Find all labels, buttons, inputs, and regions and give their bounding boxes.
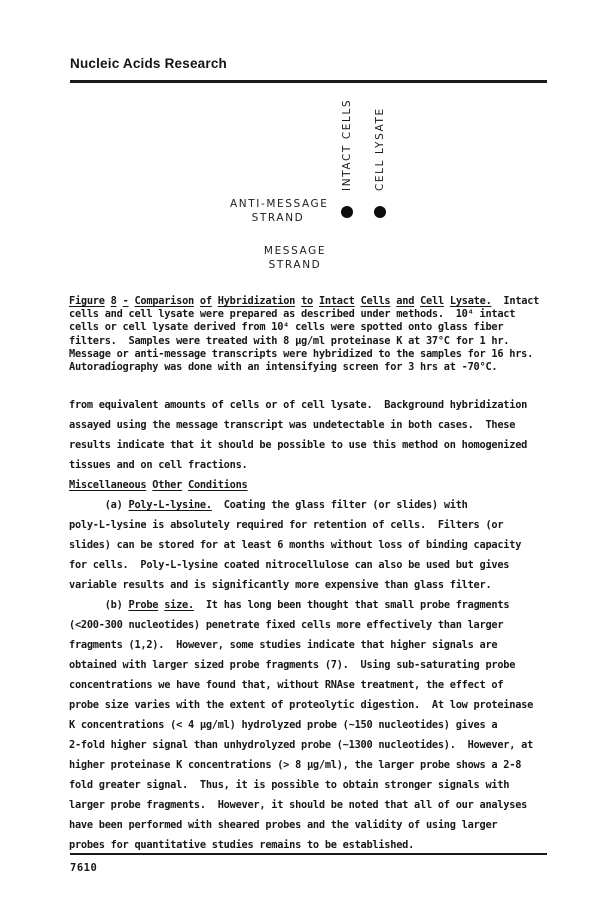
body-line: slides) can be stored for at least 6 mon… — [69, 535, 564, 555]
journal-title: Nucleic Acids Research — [70, 56, 227, 71]
body-line: probes for quantitative studies remains … — [69, 835, 564, 855]
row-label-line: STRAND — [230, 212, 326, 226]
body-line: tissues and on cell fractions. — [69, 455, 564, 475]
figure-caption: Figure 8 - Comparison of Hybridization t… — [69, 295, 559, 374]
body-line: from equivalent amounts of cells or of c… — [69, 395, 564, 415]
caption-line: Autoradiography was done with an intensi… — [69, 361, 559, 374]
body-line: larger probe fragments. However, it shou… — [69, 795, 564, 815]
body-line: (<200-300 nucleotides) penetrate fixed c… — [69, 615, 564, 635]
body-line: probe size varies with the extent of pro… — [69, 695, 564, 715]
body-line: concentrations we have found that, witho… — [69, 675, 564, 695]
body-line: fold greater signal. Thus, it is possibl… — [69, 775, 564, 795]
caption-line: cells or cell lysate derived from 10⁴ ce… — [69, 321, 559, 334]
body-line: fragments (1,2). However, some studies i… — [69, 635, 564, 655]
row-label-message-strand: MESSAGE STRAND — [247, 245, 343, 272]
hybridization-spot-cell-lysate — [374, 206, 386, 218]
caption-line: Message or anti-message transcripts were… — [69, 348, 559, 361]
body-line: obtained with larger sized probe fragmen… — [69, 655, 564, 675]
page-number: 7610 — [70, 862, 97, 874]
row-label-anti-message-strand: ANTI-MESSAGE STRAND — [230, 198, 326, 225]
article-body: from equivalent amounts of cells or of c… — [69, 395, 564, 855]
body-line: 2-fold higher signal than unhydrolyzed p… — [69, 735, 564, 755]
row-label-line: MESSAGE — [247, 245, 343, 259]
body-line: poly-L-lysine is absolutely required for… — [69, 515, 564, 535]
hybridization-spot-intact-cells — [341, 206, 353, 218]
caption-line: cells and cell lysate were prepared as d… — [69, 308, 559, 321]
body-line: variable results and is significantly mo… — [69, 575, 564, 595]
footer-rule — [70, 853, 547, 855]
caption-line: filters. Samples were treated with 8 µg/… — [69, 335, 559, 348]
row-label-line: STRAND — [247, 259, 343, 273]
body-line: K concentrations (< 4 µg/ml) hydrolyzed … — [69, 715, 564, 735]
column-label-cell-lysate: CELL LYSATE — [373, 109, 387, 191]
body-line: assayed using the message transcript was… — [69, 415, 564, 435]
body-line: higher proteinase K concentrations (> 8 … — [69, 755, 564, 775]
body-line: have been performed with sheared probes … — [69, 815, 564, 835]
body-line: (b) Probe size. It has long been thought… — [69, 595, 564, 615]
column-label-intact-cells: INTACT CELLS — [340, 101, 354, 191]
body-line: for cells. Poly-L-lysine coated nitrocel… — [69, 555, 564, 575]
body-line: (a) Poly-L-lysine. Coating the glass fil… — [69, 495, 564, 515]
row-label-line: ANTI-MESSAGE — [230, 198, 326, 212]
journal-page: Nucleic Acids Research INTACT CELLS CELL… — [0, 0, 613, 918]
header-rule — [70, 80, 547, 83]
body-line: results indicate that it should be possi… — [69, 435, 564, 455]
body-line: Miscellaneous Other Conditions — [69, 475, 564, 495]
caption-line: Figure 8 - Comparison of Hybridization t… — [69, 295, 559, 308]
